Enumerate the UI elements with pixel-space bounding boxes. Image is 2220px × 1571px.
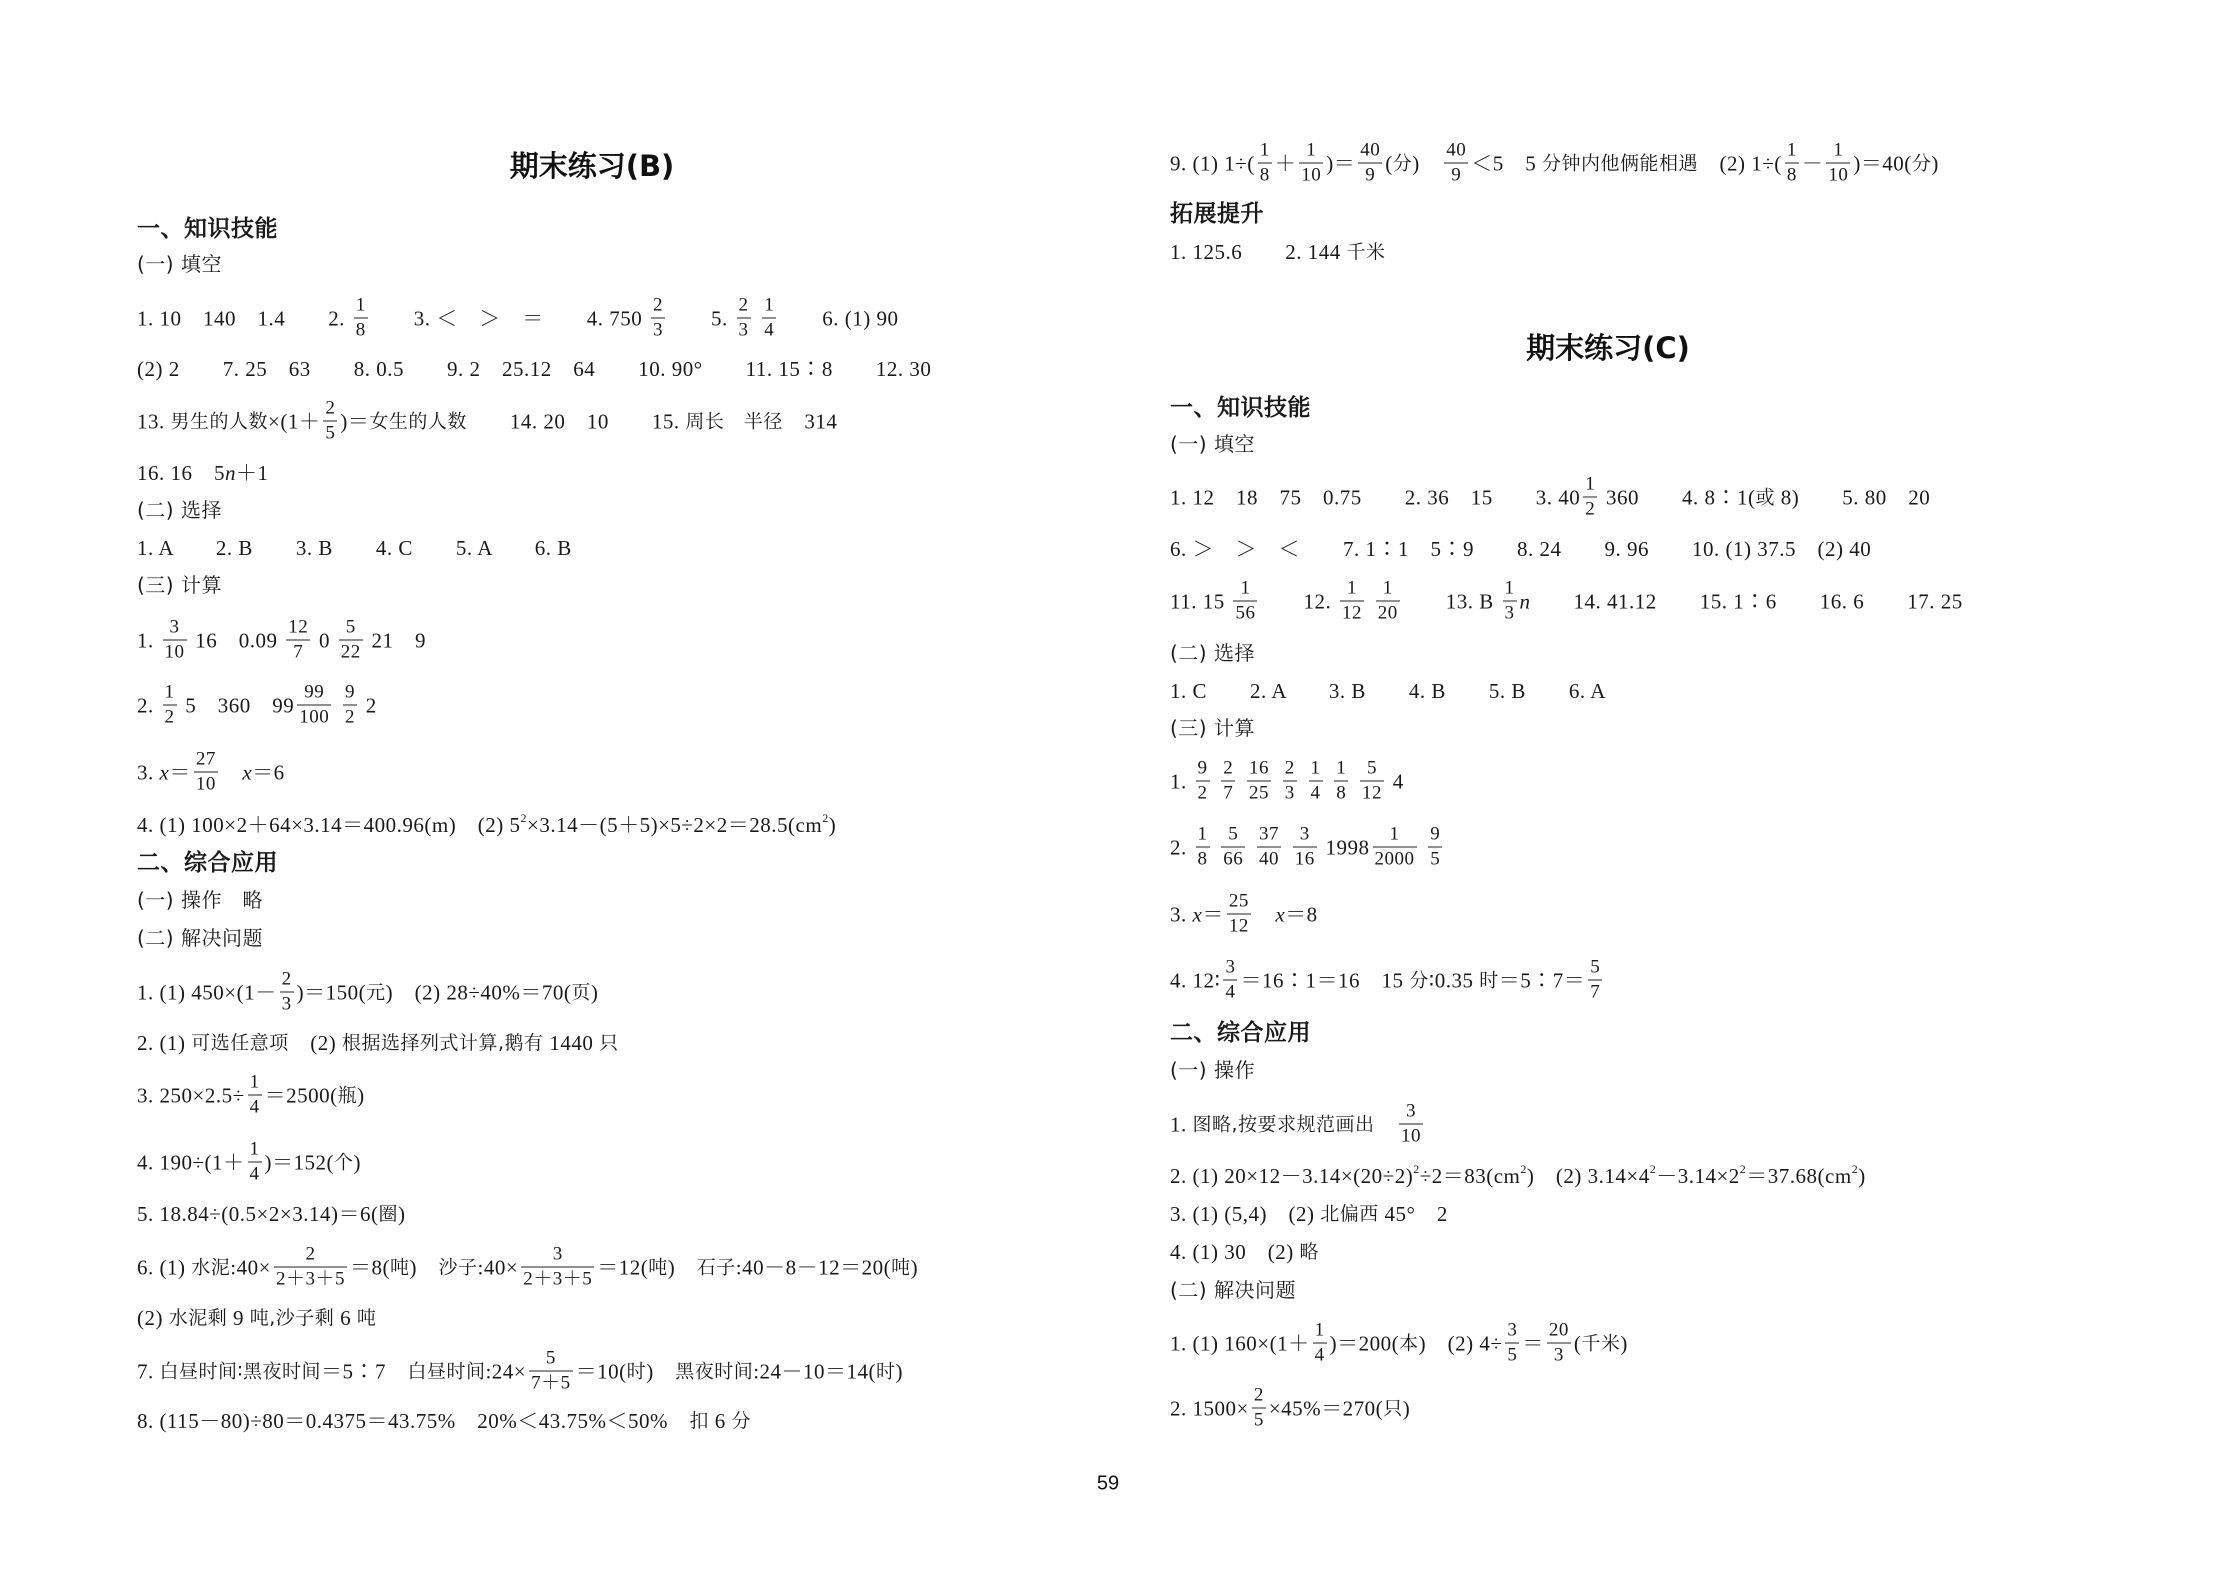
fraction-denominator: 12 xyxy=(1227,916,1251,938)
text-run: 2. xyxy=(1170,835,1193,859)
subsection-heading: (三) 计算 xyxy=(1170,716,1255,740)
answer-line: 1. 12 18 75 0.75 2. 36 15 3. 4012 360 4.… xyxy=(1170,474,1930,521)
text-run: ( xyxy=(1574,1331,1582,1355)
answer-line: 9. (1) 1÷(18＋110)＝409(分) 409＜5 5 分钟内他俩能相… xyxy=(1170,140,1939,187)
text-run: 7. xyxy=(137,1359,160,1383)
fraction: 1625 xyxy=(1247,758,1271,805)
fraction: 566 xyxy=(1221,824,1245,871)
text-run: 二、综合应用 xyxy=(1170,1021,1311,1045)
answer-line: 1. 图略,按要求规范画出 310 xyxy=(1170,1101,1426,1148)
fraction-numerator: 5 xyxy=(1226,824,1240,846)
cjk-text: 周长 半径 xyxy=(685,409,783,433)
fraction-denominator: 66 xyxy=(1221,849,1245,871)
superscript: 2 xyxy=(1413,1157,1420,1181)
superscript: 2 xyxy=(1650,1157,1657,1181)
fraction-numerator: 1 xyxy=(1304,140,1318,162)
subsection-heading: (二) 解决问题 xyxy=(137,926,263,950)
text-run: ＋1 xyxy=(236,461,269,485)
answer-line: 3. (1) (5,4) (2) 北偏西 45° 2 xyxy=(1170,1202,1448,1226)
cjk-text: 时 xyxy=(876,1359,896,1383)
text-run: 0 xyxy=(313,628,336,652)
fraction-numerator: 2 xyxy=(651,295,665,317)
fraction: 14 xyxy=(762,295,776,342)
fraction-denominator: 10 xyxy=(1399,1126,1423,1148)
text-run: ＝5∶7 xyxy=(321,1359,408,1383)
text-run: 8) 5. 80 20 xyxy=(1775,485,1930,509)
text-run: 2. (1) 20×12－3.14×(20÷2) xyxy=(1170,1164,1413,1188)
fraction-bar xyxy=(1505,1343,1519,1344)
text-run: (一) 填空 xyxy=(137,252,222,276)
text-run: ) xyxy=(829,813,837,837)
cjk-text: 北偏西 xyxy=(1320,1202,1379,1226)
fraction-denominator: 10 xyxy=(194,774,218,796)
cjk-text: 分 xyxy=(731,1409,751,1433)
fraction-numerator: 1 xyxy=(248,1139,262,1161)
cjk-text: 时 xyxy=(627,1359,647,1383)
fraction-bar xyxy=(1340,601,1364,602)
answer-line: 2. (1) 20×12－3.14×(20÷2)2÷2＝83(cm2) (2) … xyxy=(1170,1164,1866,1188)
fraction-bar xyxy=(1399,1124,1423,1125)
text-run: 1. xyxy=(1170,1112,1193,1136)
cjk-text: 元 xyxy=(366,980,386,1004)
fraction: 203 xyxy=(1547,1320,1571,1367)
fraction-bar xyxy=(1334,781,1348,782)
text-run: ＝8( xyxy=(350,1255,390,1279)
cjk-text: 分 xyxy=(1912,151,1932,175)
text-run: 1. (1) 160×(1＋ xyxy=(1170,1331,1310,1355)
fraction-denominator: 7＋5 xyxy=(529,1373,573,1395)
text-run: )＝ xyxy=(340,409,369,433)
text-run: ) (2) 4÷ xyxy=(1419,1331,1503,1355)
fraction-bar xyxy=(339,640,363,641)
answer-line: (2) 水泥剩 9 吨,沙子剩 6 吨 xyxy=(137,1306,376,1330)
fraction: 409 xyxy=(1444,140,1468,187)
answer-line: 1. 10 140 1.4 2. 18 3. ＜ ＞ ＝ 4. 750 23 5… xyxy=(137,295,899,342)
subsection-heading: (三) 计算 xyxy=(137,573,222,597)
fraction: 92 xyxy=(343,682,357,729)
fraction: 310 xyxy=(1399,1101,1423,1148)
text-run: 6. (1) xyxy=(137,1255,191,1279)
cjk-text: 白昼时间 xyxy=(407,1359,485,1383)
text-run: )＝200( xyxy=(1330,1331,1400,1355)
text-run xyxy=(1326,769,1332,793)
text-run: 14. 41.12 15. 1∶6 16. 6 17. 25 xyxy=(1531,589,1963,613)
fraction-denominator: 16 xyxy=(1293,849,1317,871)
fraction-denominator: 3 xyxy=(737,320,751,342)
fraction-bar xyxy=(248,1162,262,1163)
fraction-numerator: 2 xyxy=(737,295,751,317)
cjk-text: 瓶 xyxy=(338,1083,358,1107)
fraction-denominator: 10 xyxy=(1826,165,1850,187)
text-run: :40× xyxy=(478,1255,519,1279)
fraction-numerator: 27 xyxy=(194,749,218,771)
fraction-numerator: 2 xyxy=(1252,1385,1266,1407)
fraction-bar xyxy=(274,1267,347,1268)
fraction-denominator: 10 xyxy=(1299,165,1323,187)
text-run: 9 xyxy=(227,1306,250,1330)
variable: x xyxy=(1193,902,1203,926)
fraction-bar xyxy=(194,772,218,773)
cjk-text: 本 xyxy=(1399,1331,1419,1355)
text-run: ×45%＝270( xyxy=(1269,1396,1383,1420)
fraction-bar xyxy=(1293,847,1317,848)
fraction-denominator: 8 xyxy=(1258,165,1272,187)
text-run: ∶0.35 xyxy=(1429,968,1479,992)
cjk-text: 个 xyxy=(334,1150,354,1174)
fraction-numerator: 37 xyxy=(1257,824,1281,846)
text-run: 1. C 2. A 3. B 4. B 5. B 6. A xyxy=(1170,679,1606,703)
fraction-bar xyxy=(1373,847,1417,848)
text-run xyxy=(1300,769,1306,793)
fraction: 110 xyxy=(1826,140,1850,187)
fraction-bar xyxy=(280,992,294,993)
text-run: 14. 20 10 15. xyxy=(467,409,686,433)
fraction-numerator: 2 xyxy=(1221,758,1235,780)
text-run: (2) 1÷( xyxy=(1698,151,1782,175)
text-run: :40－8－12＝20( xyxy=(736,1255,891,1279)
answer-line: 4. (1) 30 (2) 略 xyxy=(1170,1240,1319,1264)
fraction-denominator: 3 xyxy=(280,994,294,1016)
fraction-numerator: 1 xyxy=(1503,578,1517,600)
text-run: ( xyxy=(1385,151,1393,175)
fraction-bar xyxy=(1252,1408,1266,1409)
text-run: 4. 190÷(1＋ xyxy=(137,1150,245,1174)
fraction-denominator: 22 xyxy=(339,642,363,664)
answer-key-page: 期末练习(B) 期末练习(C) 一、知识技能(一) 填空1. 10 140 1.… xyxy=(0,0,2220,1571)
cjk-text: 页 xyxy=(571,980,591,1004)
right-column: 9. (1) 1÷(18＋110)＝409(分) 409＜5 5 分钟内他俩能相… xyxy=(1170,0,2130,1571)
fraction-numerator: 12 xyxy=(286,617,310,639)
cjk-text: 分钟内他俩能相遇 xyxy=(1542,151,1698,175)
page-number: 59 xyxy=(1097,1473,1119,1496)
text-run: )＝ xyxy=(1326,151,1355,175)
fraction-denominator: 3 xyxy=(1503,603,1517,625)
fraction: 23 xyxy=(280,969,294,1016)
fraction-denominator: 4 xyxy=(1309,783,1323,805)
fraction-denominator: 2 xyxy=(163,707,177,729)
fraction-bar xyxy=(1309,781,1323,782)
variable: x xyxy=(160,760,170,784)
text-run: 一、知识技能 xyxy=(1170,396,1311,420)
fraction-bar xyxy=(1358,163,1382,164)
answer-line: 3. 250×2.5÷14＝2500(瓶) xyxy=(137,1072,365,1119)
fraction-bar xyxy=(1221,847,1245,848)
text-run: ＝10( xyxy=(576,1359,627,1383)
text-run: 一、知识技能 xyxy=(137,217,278,241)
text-run: ) xyxy=(1403,1396,1411,1420)
cjk-text: 吨 xyxy=(357,1306,377,1330)
fraction-denominator: 20 xyxy=(1376,603,1400,625)
variable: n xyxy=(225,461,236,485)
cjk-text: 男生的人数 xyxy=(171,409,269,433)
fraction-numerator: 40 xyxy=(1358,140,1382,162)
answer-line: 3. x＝2512 x＝8 xyxy=(1170,891,1318,938)
text-run xyxy=(1367,589,1373,613)
fraction-bar xyxy=(1376,601,1400,602)
fraction-numerator: 3 xyxy=(1505,1320,1519,1342)
fraction-bar xyxy=(1247,781,1271,782)
fraction-numerator: 1 xyxy=(1388,824,1402,846)
fraction-bar xyxy=(1196,781,1210,782)
text-run xyxy=(334,693,340,717)
text-run xyxy=(1284,835,1290,859)
text-run: ＜5 5 xyxy=(1471,151,1542,175)
cjk-text: 略 xyxy=(1299,1240,1319,1264)
fraction-bar xyxy=(297,705,331,706)
fraction-denominator: 3 xyxy=(1283,783,1297,805)
text-run: ＝37.68(cm xyxy=(1746,1164,1851,1188)
fraction-denominator: 8 xyxy=(354,320,368,342)
fraction-numerator: 5 xyxy=(1588,957,1602,979)
text-run: ＝6 xyxy=(252,760,285,784)
text-run: 314 xyxy=(783,409,838,433)
text-run: 3. xyxy=(1170,902,1193,926)
fraction-bar xyxy=(1257,847,1281,848)
text-run: 2. xyxy=(137,693,160,717)
cjk-text: 黑夜时间 xyxy=(675,1359,753,1383)
fraction-numerator: 1 xyxy=(1345,578,1359,600)
text-run xyxy=(221,760,243,784)
fraction-numerator: 1 xyxy=(1583,474,1597,496)
cjk-text: 根据选择列式计算,鹅有 xyxy=(342,1031,544,1055)
subsection-heading: (一) 填空 xyxy=(137,252,222,276)
fraction-denominator: 2 xyxy=(343,707,357,729)
text-run: 1. 125.6 2. 144 xyxy=(1170,240,1347,264)
fraction-numerator: 1 xyxy=(248,1072,262,1094)
fraction-denominator: 5 xyxy=(1428,849,1442,871)
answer-line: 6. ＞ ＞ ＜ 7. 1∶1 5∶9 8. 24 9. 96 10. (1) … xyxy=(1170,537,1871,561)
fraction-numerator: 16 xyxy=(1247,758,1271,780)
fraction: 156 xyxy=(1233,578,1257,625)
subsection-heading: (二) 选择 xyxy=(1170,641,1255,665)
subsection-heading: (二) 解决问题 xyxy=(1170,1278,1296,1302)
fraction-numerator: 1 xyxy=(1313,1320,1327,1342)
fraction: 22＋3＋5 xyxy=(274,1244,347,1291)
fraction-denominator: 4 xyxy=(248,1164,262,1186)
fraction-numerator: 1 xyxy=(354,295,368,317)
text-run: (三) 计算 xyxy=(137,573,222,597)
text-run: ＝ xyxy=(1202,902,1224,926)
fraction: 522 xyxy=(339,617,363,664)
superscript: 2 xyxy=(822,806,829,830)
answer-line: 1. 125.6 2. 144 千米 xyxy=(1170,240,1386,264)
fraction-denominator: 2000 xyxy=(1373,849,1417,871)
text-run: 1. A 2. B 3. B 4. C 5. A 6. B xyxy=(137,536,572,560)
fraction-numerator: 40 xyxy=(1444,140,1468,162)
text-run xyxy=(1420,835,1426,859)
fraction-denominator: 9 xyxy=(1363,165,1377,187)
fraction: 120 xyxy=(1376,578,1400,625)
fraction: 35 xyxy=(1505,1320,1519,1367)
fraction: 13 xyxy=(1503,578,1517,625)
text-run: ) xyxy=(1412,151,1441,175)
text-run: － xyxy=(1802,151,1824,175)
fraction-numerator: 5 xyxy=(544,1348,558,1370)
fraction-bar xyxy=(1221,781,1235,782)
fraction-bar xyxy=(1313,1343,1327,1344)
answer-line: 1. 92 27 1625 23 14 18 512 4 xyxy=(1170,758,1404,805)
cjk-text: 千米 xyxy=(1581,1331,1620,1355)
cjk-text: 水泥剩 xyxy=(169,1306,228,1330)
fraction-bar xyxy=(1785,163,1799,164)
fraction-numerator: 3 xyxy=(168,617,182,639)
fraction: 27 xyxy=(1221,758,1235,805)
section-heading: 拓展提升 xyxy=(1170,202,1264,226)
cjk-text: 沙子 xyxy=(438,1255,477,1279)
text-run xyxy=(754,306,760,330)
text-run: 1. (1) 450×(1－ xyxy=(137,980,277,1004)
text-run: ＝2500( xyxy=(265,1083,338,1107)
text-run: 6. (1) 90 xyxy=(779,306,898,330)
fraction-numerator: 9 xyxy=(343,682,357,704)
text-run: ) xyxy=(409,1255,438,1279)
text-run: (二) 选择 xyxy=(137,498,222,522)
superscript: 2 xyxy=(1852,1157,1859,1181)
fraction-numerator: 1 xyxy=(1334,758,1348,780)
text-run: :40× xyxy=(230,1255,271,1279)
cjk-text: 女生的人数 xyxy=(369,409,467,433)
text-run: (二) 选择 xyxy=(1170,641,1255,665)
fraction-bar xyxy=(762,318,776,319)
superscript: 2 xyxy=(520,806,527,830)
fraction-denominator: 7 xyxy=(291,642,305,664)
text-run: ) xyxy=(646,1359,675,1383)
text-run: 16 0.09 xyxy=(190,628,284,652)
text-run: 360 4. 8∶1( xyxy=(1600,485,1755,509)
fraction: 3740 xyxy=(1257,824,1281,871)
fraction-denominator: 4 xyxy=(248,1097,262,1119)
text-run: :24× xyxy=(485,1359,526,1383)
section-heading: 一、知识技能 xyxy=(137,217,278,241)
text-run: ×3.14－(5＋5)×5÷2×2＝28.5(cm xyxy=(527,813,822,837)
fraction-denominator: 8 xyxy=(1334,783,1348,805)
superscript: 2 xyxy=(1520,1157,1527,1181)
fraction-denominator: 56 xyxy=(1233,603,1257,625)
text-run: 5. 18.84÷(0.5×2×3.14)＝6( xyxy=(137,1202,378,1226)
text-run xyxy=(1375,1112,1397,1136)
text-run: 13. xyxy=(137,409,171,433)
fraction-denominator: 2 xyxy=(1196,783,1210,805)
cjk-text: 吨 xyxy=(648,1255,668,1279)
text-run xyxy=(1254,902,1276,926)
cjk-text: 分 xyxy=(1409,968,1429,992)
subsection-heading: (二) 选择 xyxy=(137,498,222,522)
fraction: 2512 xyxy=(1227,891,1251,938)
answer-line: 4. (1) 100×2＋64×3.14＝400.96(m) (2) 52×3.… xyxy=(137,813,836,837)
variable: x xyxy=(242,760,252,784)
text-run: ) (2) 3.14×4 xyxy=(1527,1164,1650,1188)
fraction-numerator: 1 xyxy=(163,682,177,704)
fraction-denominator: 2＋3＋5 xyxy=(274,1269,347,1291)
text-run: ＝ xyxy=(1522,1331,1544,1355)
fraction-numerator: 9 xyxy=(1428,824,1442,846)
variable: n xyxy=(1520,589,1531,613)
fraction-bar xyxy=(1196,847,1210,848)
fraction: 18 xyxy=(354,295,368,342)
answer-line: (2) 2 7. 25 63 8. 0.5 9. 2 25.12 64 10. … xyxy=(137,357,931,381)
fraction-bar xyxy=(1299,163,1323,164)
text-run: (二) 解决问题 xyxy=(137,926,263,950)
fraction-bar xyxy=(521,1267,594,1268)
fraction-denominator: 40 xyxy=(1257,849,1281,871)
text-run: 6. ＞ ＞ ＜ 7. 1∶1 5∶9 8. 24 9. 96 10. (1) … xyxy=(1170,537,1871,561)
fraction: 57＋5 xyxy=(529,1348,573,1395)
cjk-text: 吨,沙子剩 xyxy=(250,1306,335,1330)
fraction: 112 xyxy=(1340,578,1364,625)
fraction-bar xyxy=(737,318,751,319)
fraction-numerator: 25 xyxy=(1227,891,1251,913)
text-run: 6 xyxy=(709,1409,732,1433)
fraction-denominator: 100 xyxy=(297,707,331,729)
text-run: 5. xyxy=(668,306,734,330)
fraction: 2710 xyxy=(194,749,218,796)
fraction: 14 xyxy=(1309,758,1323,805)
text-run: ÷2＝83(cm xyxy=(1420,1164,1521,1188)
fraction-bar xyxy=(323,421,337,422)
text-run: ＝16∶1＝16 15 xyxy=(1240,968,1409,992)
text-run: )＝150( xyxy=(297,980,367,1004)
fraction-denominator: 5 xyxy=(323,423,337,445)
text-run: 2 xyxy=(360,693,377,717)
text-run: ) xyxy=(1620,1331,1628,1355)
fraction: 25 xyxy=(323,398,337,445)
fraction-numerator: 2 xyxy=(280,969,294,991)
text-run xyxy=(1213,835,1219,859)
text-run: 1. 10 140 1.4 2. xyxy=(137,306,351,330)
text-run: 3. xyxy=(137,760,160,784)
fraction-denominator: 12 xyxy=(1340,603,1364,625)
subsection-heading: (一) 填空 xyxy=(1170,432,1255,456)
text-run: 1. xyxy=(1170,769,1193,793)
text-run: 4 xyxy=(1387,769,1404,793)
cjk-text: 扣 xyxy=(689,1409,709,1433)
answer-line: 2. 12 5 360 9999100 92 2 xyxy=(137,682,377,729)
text-run: 1440 xyxy=(544,1031,600,1055)
fraction: 12 xyxy=(163,682,177,729)
answer-line: 2. (1) 可选任意项 (2) 根据选择列式计算,鹅有 1440 只 xyxy=(137,1031,619,1055)
fraction-numerator: 99 xyxy=(302,682,326,704)
variable: x xyxy=(1275,902,1285,926)
text-run: 13. B xyxy=(1403,589,1500,613)
fraction-bar xyxy=(1583,497,1597,498)
fraction-numerator: 20 xyxy=(1547,1320,1571,1342)
section-heading: 二、综合应用 xyxy=(137,851,278,875)
text-run: －3.14×2 xyxy=(1656,1164,1740,1188)
fraction-denominator: 2 xyxy=(1583,499,1597,521)
text-run: ＝ xyxy=(169,760,191,784)
text-run: :24－10＝14( xyxy=(753,1359,876,1383)
fraction: 409 xyxy=(1358,140,1382,187)
fraction-denominator: 25 xyxy=(1247,783,1271,805)
answer-line: 8. (115－80)÷80＝0.4375＝43.75% 20%＜43.75%＜… xyxy=(137,1409,751,1433)
fraction: 14 xyxy=(248,1072,262,1119)
answer-line: 7. 白昼时间∶黑夜时间＝5∶7 白昼时间:24×57＋5＝10(时) 黑夜时间… xyxy=(137,1348,903,1395)
fraction-bar xyxy=(163,640,187,641)
text-run: 1998 xyxy=(1320,835,1370,859)
cjk-text: 白昼时间∶黑夜时间 xyxy=(160,1359,321,1383)
cjk-text: 水泥 xyxy=(191,1255,230,1279)
text-run: 45° 2 xyxy=(1379,1202,1448,1226)
text-run: ) xyxy=(911,1255,919,1279)
cjk-text: 吨 xyxy=(891,1255,911,1279)
fraction: 23 xyxy=(651,295,665,342)
fraction-numerator: 3 xyxy=(1223,957,1237,979)
text-run: 12. xyxy=(1260,589,1337,613)
fraction-denominator: 5 xyxy=(1505,1345,1519,1367)
answer-line: 13. 男生的人数×(1＋25)＝女生的人数 14. 20 10 15. 周长 … xyxy=(137,398,837,445)
fraction: 23 xyxy=(1283,758,1297,805)
text-run: )＝40( xyxy=(1853,151,1912,175)
